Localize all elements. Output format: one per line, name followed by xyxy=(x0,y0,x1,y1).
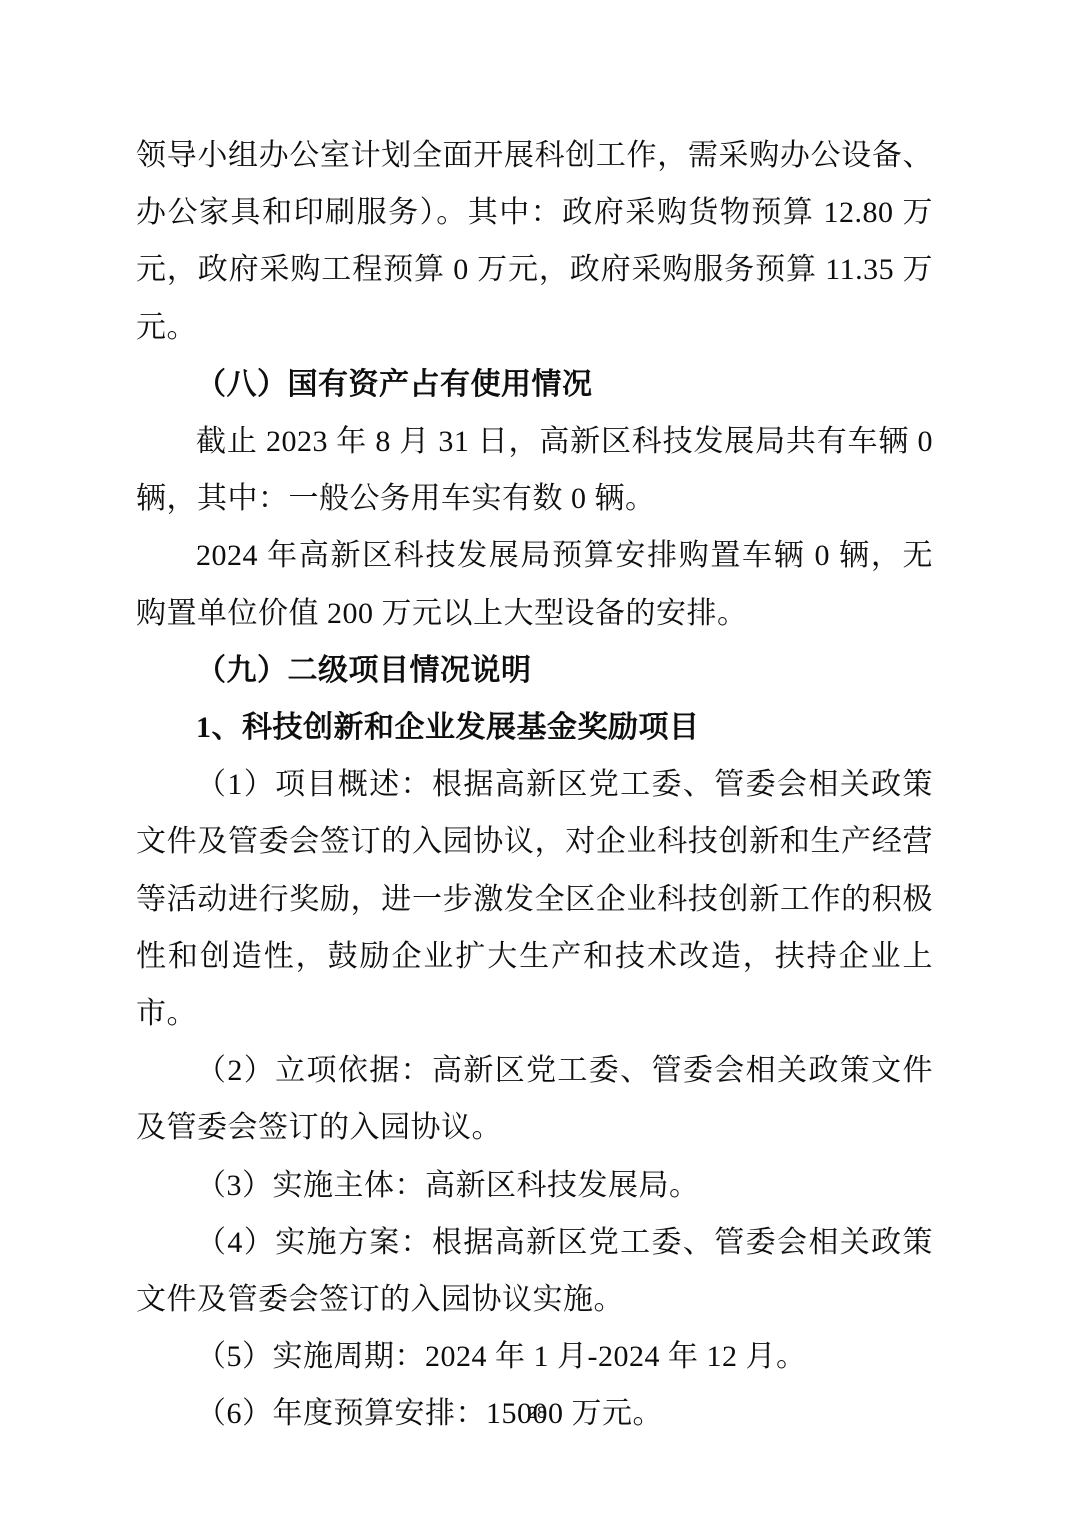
heading-section-8-state-assets: （八）国有资产占有使用情况 xyxy=(136,356,933,413)
page-footer: 28 xyxy=(0,1403,1074,1423)
paragraph-implementation-period: （5）实施周期：2024 年 1 月-2024 年 12 月。 xyxy=(136,1328,933,1385)
document-body: 领导小组办公室计划全面开展科创工作，需采购办公设备、办公家具和印刷服务）。其中：… xyxy=(136,127,933,1443)
page-number: 28 xyxy=(528,1403,547,1422)
heading-section-9-secondary-projects: （九）二级项目情况说明 xyxy=(136,642,933,699)
paragraph-implementation-plan: （4）实施方案：根据高新区党工委、管委会相关政策文件及管委会签订的入园协议实施。 xyxy=(136,1214,933,1328)
document-page: 领导小组办公室计划全面开展科创工作，需采购办公设备、办公家具和印刷服务）。其中：… xyxy=(0,0,1074,1520)
paragraph-implementing-body: （3）实施主体：高新区科技发展局。 xyxy=(136,1157,933,1214)
paragraph-vehicles-as-of-2023: 截止 2023 年 8 月 31 日，高新区科技发展局共有车辆 0 辆，其中：一… xyxy=(136,413,933,527)
paragraph-procurement-budget: 领导小组办公室计划全面开展科创工作，需采购办公设备、办公家具和印刷服务）。其中：… xyxy=(136,127,933,356)
paragraph-vehicle-budget-2024: 2024 年高新区科技发展局预算安排购置车辆 0 辆，无购置单位价值 200 万… xyxy=(136,527,933,641)
paragraph-project-basis: （2）立项依据：高新区党工委、管委会相关政策文件及管委会签订的入园协议。 xyxy=(136,1042,933,1156)
paragraph-project-overview: （1）项目概述：根据高新区党工委、管委会相关政策文件及管委会签订的入园协议，对企… xyxy=(136,756,933,1042)
heading-project-1-innovation-fund: 1、科技创新和企业发展基金奖励项目 xyxy=(136,699,933,756)
